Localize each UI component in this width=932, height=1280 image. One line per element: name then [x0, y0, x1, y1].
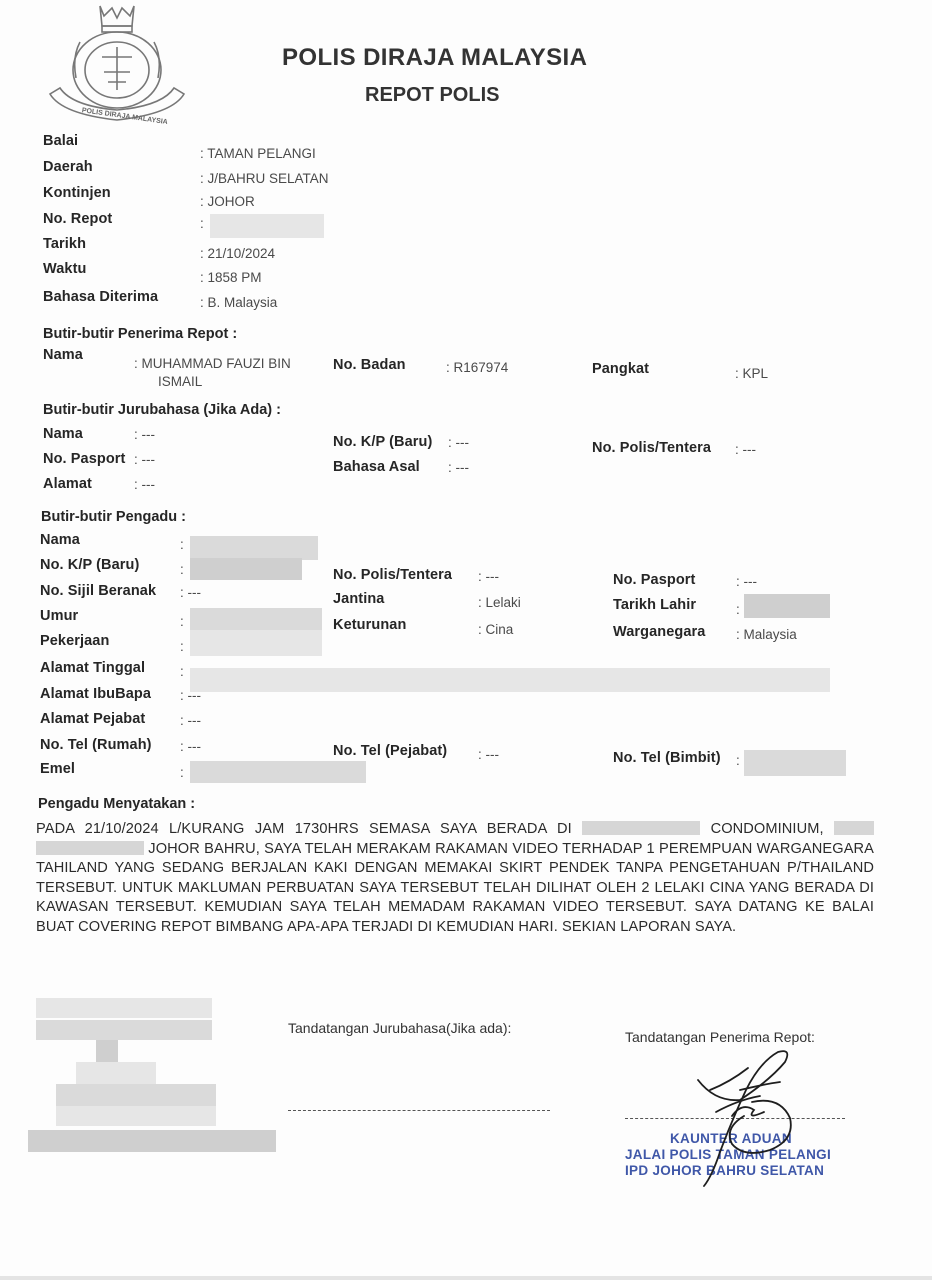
label-complainant-police-no: No. Polis/Tentera: [333, 567, 452, 583]
value-interpreter-police-no: : ---: [735, 442, 756, 457]
redacted-mobile-tel: [744, 750, 846, 776]
receiver-heading: Butir-butir Penerima Repot :: [43, 326, 237, 342]
label-home-tel: No. Tel (Rumah): [40, 737, 152, 753]
label-tarikh: Tarikh: [43, 236, 86, 252]
label-waktu: Waktu: [43, 261, 86, 277]
label-interpreter-language: Bahasa Asal: [333, 459, 420, 475]
redacted-location: [582, 821, 700, 835]
statement-body: PADA 21/10/2024 L/KURANG JAM 1730HRS SEM…: [36, 820, 874, 937]
redacted-complainant-ic: [190, 558, 302, 580]
value-birth-cert: : ---: [180, 585, 201, 600]
redacted-occupation: [190, 630, 322, 656]
value-complainant-name: :: [180, 537, 184, 552]
value-age: :: [180, 614, 184, 629]
value-interpreter-name: : ---: [134, 427, 155, 442]
value-home-tel: : ---: [180, 739, 201, 754]
label-office-address: Alamat Pejabat: [40, 711, 145, 727]
page-title: POLIS DIRAJA MALAYSIA: [282, 44, 587, 72]
redacted-complainant-name: [190, 536, 318, 560]
label-receiver-name: Nama: [43, 347, 83, 363]
redacted-email: [190, 761, 366, 783]
value-complainant-ic: :: [180, 562, 184, 577]
value-receiver-name-line1: : MUHAMMAD FAUZI BIN: [134, 356, 291, 371]
value-office-tel: : ---: [478, 747, 499, 762]
redacted-location-3: [36, 841, 144, 855]
value-no-repot: :: [200, 216, 204, 231]
label-rank: Pangkat: [592, 361, 649, 377]
label-age: Umur: [40, 608, 78, 624]
page-subtitle: REPOT POLIS: [365, 84, 499, 107]
page-bottom-edge: [0, 1276, 932, 1280]
value-complainant-passport: : ---: [736, 574, 757, 589]
value-mobile-tel: :: [736, 753, 740, 768]
label-complainant-name: Nama: [40, 532, 80, 548]
interpreter-signature-line: [288, 1110, 550, 1111]
label-parent-address: Alamat IbuBapa: [40, 686, 151, 702]
value-interpreter-language: : ---: [448, 460, 469, 475]
label-complainant-ic: No. K/P (Baru): [40, 557, 139, 573]
value-complainant-police-no: : ---: [478, 569, 499, 584]
label-dob: Tarikh Lahir: [613, 597, 696, 613]
value-home-address: :: [180, 664, 184, 679]
redacted-location-2: [834, 821, 874, 835]
value-bahasa-diterima: : B. Malaysia: [200, 295, 277, 310]
signature-icon: [660, 1040, 820, 1190]
value-interpreter-address: : ---: [134, 477, 155, 492]
label-balai: Balai: [43, 133, 78, 149]
statement-part-2: CONDOMINIUM,: [711, 821, 824, 837]
value-gender: : Lelaki: [478, 595, 521, 610]
value-race: : Cina: [478, 622, 513, 637]
value-interpreter-ic: : ---: [448, 435, 469, 450]
label-interpreter-address: Alamat: [43, 476, 92, 492]
label-no-repot: No. Repot: [43, 211, 112, 227]
label-complainant-passport: No. Pasport: [613, 572, 695, 588]
label-home-address: Alamat Tinggal: [40, 660, 145, 676]
label-gender: Jantina: [333, 591, 384, 607]
value-occupation: :: [180, 639, 184, 654]
value-waktu: : 1858 PM: [200, 270, 262, 285]
statement-heading: Pengadu Menyatakan :: [38, 796, 195, 812]
value-rank: : KPL: [735, 366, 768, 381]
label-interpreter-ic: No. K/P (Baru): [333, 434, 432, 450]
label-badge-number: No. Badan: [333, 357, 406, 373]
value-dob: :: [736, 602, 740, 617]
value-nationality: : Malaysia: [736, 627, 797, 642]
interpreter-signature-label: Tandatangan Jurubahasa(Jika ada):: [288, 1020, 511, 1036]
value-tarikh: : 21/10/2024: [200, 246, 275, 261]
redacted-age: [190, 608, 322, 630]
value-balai: : TAMAN PELANGI: [200, 146, 316, 161]
label-race: Keturunan: [333, 617, 406, 633]
redacted-dob: [744, 594, 830, 618]
redacted-home-address: [190, 668, 830, 692]
label-nationality: Warganegara: [613, 624, 705, 640]
interpreter-heading: Butir-butir Jurubahasa (Jika Ada) :: [43, 402, 281, 418]
label-interpreter-name: Nama: [43, 426, 83, 442]
redacted-report-number: [210, 214, 324, 238]
value-office-address: : ---: [180, 713, 201, 728]
label-office-tel: No. Tel (Pejabat): [333, 743, 447, 759]
label-birth-cert: No. Sijil Beranak: [40, 583, 156, 599]
label-bahasa-diterima: Bahasa Diterima: [43, 289, 158, 305]
label-mobile-tel: No. Tel (Bimbit): [613, 750, 721, 766]
complainant-heading: Butir-butir Pengadu :: [41, 509, 186, 525]
label-email: Emel: [40, 761, 75, 777]
value-email: :: [180, 765, 184, 780]
value-kontinjen: : JOHOR: [200, 194, 255, 209]
statement-part-3: JOHOR BAHRU, SAYA TELAH MERAKAM RAKAMAN …: [36, 841, 874, 935]
value-badge-number: : R167974: [446, 360, 508, 375]
value-parent-address: : ---: [180, 688, 201, 703]
label-occupation: Pekerjaan: [40, 633, 109, 649]
label-interpreter-passport: No. Pasport: [43, 451, 125, 467]
value-daerah: : J/BAHRU SELATAN: [200, 171, 329, 186]
label-daerah: Daerah: [43, 159, 93, 175]
label-kontinjen: Kontinjen: [43, 185, 111, 201]
value-receiver-name-line2: ISMAIL: [158, 374, 202, 389]
value-interpreter-passport: : ---: [134, 452, 155, 467]
label-interpreter-police-no: No. Polis/Tentera: [592, 440, 711, 456]
police-crest-icon: POLIS DIRAJA MALAYSIA: [42, 2, 192, 124]
statement-part-1: PADA 21/10/2024 L/KURANG JAM 1730HRS SEM…: [36, 821, 572, 837]
